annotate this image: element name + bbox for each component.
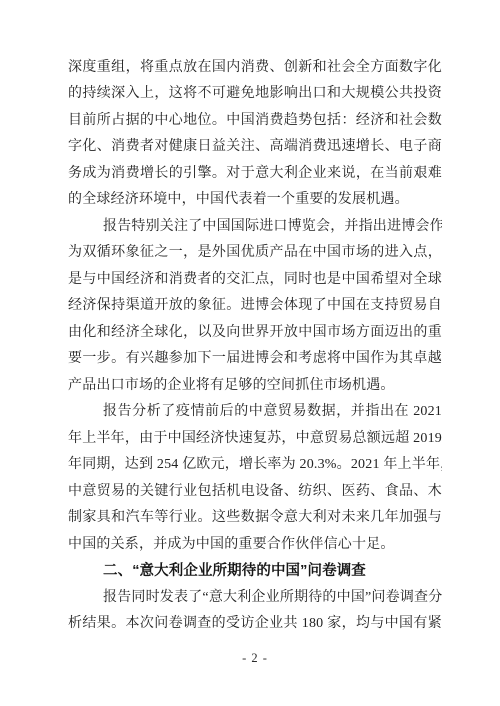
text-line: 经济保持渠道开放的象征。进博会体现了中国在支持贸易自 [68,293,442,320]
text-line: 报告特别关注了中国国际进口博览会，并指出进博会作 [68,214,442,241]
text-line: 深度重组，将重点放在国内消费、创新和社会全方面数字化 [68,55,442,82]
text-line: 制家具和汽车等行业。这些数据令意大利对未来几年加强与 [68,505,442,532]
document-lines: 深度重组，将重点放在国内消费、创新和社会全方面数字化的持续深入上，这将不可避免地… [68,55,442,638]
text-line: 是与中国经济和消费者的交汇点，同时也是中国希望对全球 [68,267,442,294]
text-line: 报告同时发表了“意大利企业所期待的中国”问卷调查分 [68,585,442,612]
text-line: 务成为消费增长的引擎。对于意大利企业来说，在当前艰难 [68,161,442,188]
text-line: 产品出口市场的企业将有足够的空间抓住市场机遇。 [68,373,442,400]
text-line: 中国的关系，并成为中国的重要合作伙伴信心十足。 [68,532,442,559]
text-line: 的全球经济环境中，中国代表着一个重要的发展机遇。 [68,187,442,214]
text-line: 目前所占据的中心地位。中国消费趋势包括：经济和社会数 [68,108,442,135]
text-line: 年同期，达到 254 亿欧元，增长率为 20.3%。2021 年上半年， [68,452,442,479]
text-line: 要一步。有兴趣参加下一届进博会和考虑将中国作为其卓越 [68,346,442,373]
text-line: 年上半年，由于中国经济快速复苏，中意贸易总额远超 2019 [68,426,442,453]
document-page: 深度重组，将重点放在国内消费、创新和社会全方面数字化的持续深入上，这将不可避免地… [0,0,500,706]
text-line: 报告分析了疫情前后的中意贸易数据，并指出在 2021 [68,399,442,426]
section-heading: 二、“意大利企业所期待的中国”问卷调查 [68,558,442,585]
text-line: 的持续深入上，这将不可避免地影响出口和大规模公共投资 [68,81,442,108]
page-number: - 2 - [68,646,442,670]
text-line: 析结果。本次问卷调查的受访企业共 180 家，均与中国有紧 [68,611,442,638]
text-line: 字化、消费者对健康日益关注、高端消费迅速增长、电子商 [68,134,442,161]
text-line: 由化和经济全球化，以及向世界开放中国市场方面迈出的重 [68,320,442,347]
text-line: 为双循环象征之一，是外国优质产品在中国市场的进入点， [68,240,442,267]
text-line: 中意贸易的关键行业包括机电设备、纺织、医药、食品、木 [68,479,442,506]
